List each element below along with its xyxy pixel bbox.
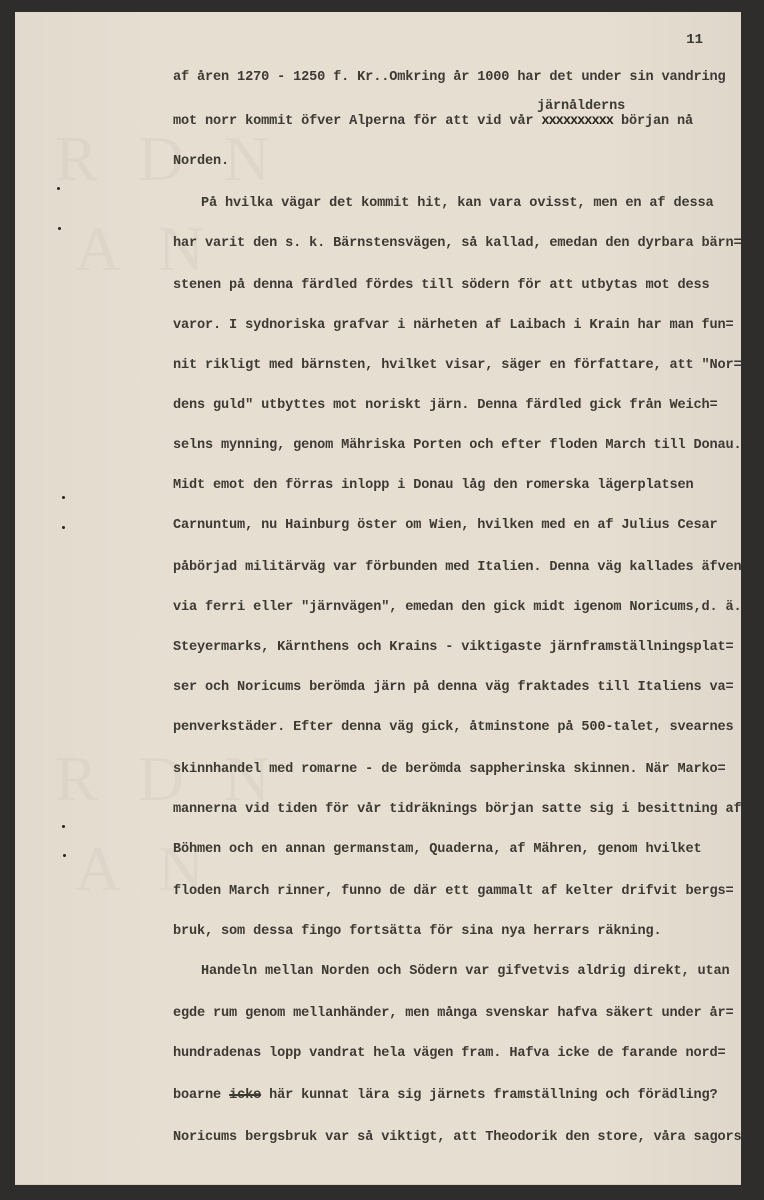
- text-line: af åren 1270 - 1250 f. Kr..Omkring år 10…: [173, 70, 726, 86]
- text-line: Steyermarks, Kärnthens och Krains - vikt…: [173, 640, 734, 656]
- text-line: Carnuntum, nu Hainburg öster om Wien, hv…: [173, 518, 718, 534]
- text-line: nit rikligt med bärnsten, hvilket visar,…: [173, 358, 742, 374]
- paragraph-start-line: På hvilka vägar det kommit hit, kan vara…: [201, 196, 714, 212]
- text-line: stenen på denna färdled fördes till söde…: [173, 278, 710, 294]
- text-line: dens guld" utbyttes mot noriskt järn. De…: [173, 398, 718, 414]
- text-segment: början nå: [613, 114, 693, 129]
- text-line: varor. I sydnoriska grafvar i närheten a…: [173, 318, 734, 334]
- struck-out-word: xxxxxxxxxx: [541, 114, 613, 129]
- text-line: Noricums bergsbruk var så viktigt, att T…: [173, 1130, 742, 1146]
- text-line: Midt emot den förras inlopp i Donau låg …: [173, 478, 694, 494]
- interlinear-correction: järnålderns: [537, 99, 625, 115]
- margin-punch-mark: [62, 496, 65, 499]
- text-segment: mot norr kommit öfver Alperna för att vi…: [173, 114, 541, 129]
- text-line: mot norr kommit öfver Alperna för att vi…: [173, 114, 693, 130]
- text-line: påbörjad militärväg var förbunden med It…: [173, 560, 742, 576]
- margin-punch-mark: [62, 825, 65, 828]
- page-number: 11: [686, 32, 703, 48]
- watermark-letterhead: R D N: [55, 122, 282, 196]
- text-line: bruk, som dessa fingo fortsätta för sina…: [173, 924, 661, 940]
- text-line: egde rum genom mellanhänder, men många s…: [173, 1006, 734, 1022]
- text-line: boarne icke här kunnat lära sig järnets …: [173, 1088, 718, 1104]
- paragraph-start-line: Handeln mellan Norden och Södern var gif…: [201, 964, 730, 980]
- text-line: ser och Noricums berömda järn på denna v…: [173, 680, 734, 696]
- text-line: selns mynning, genom Mähriska Porten och…: [173, 438, 742, 454]
- document-page: R D N A N R D N A N 11 järnålderns af år…: [15, 12, 741, 1184]
- text-line: har varit den s. k. Bärnstensvägen, så k…: [173, 236, 742, 252]
- margin-punch-mark: [63, 854, 66, 857]
- text-segment: här kunnat lära sig järnets framställnin…: [261, 1088, 717, 1103]
- text-segment: boarne: [173, 1088, 229, 1103]
- text-line: Böhmen och en annan germanstam, Quaderna…: [173, 842, 702, 858]
- margin-punch-mark: [62, 526, 65, 529]
- text-line: via ferri eller "järnvägen", emedan den …: [173, 600, 742, 616]
- text-line: hundradenas lopp vandrat hela vägen fram…: [173, 1046, 726, 1062]
- margin-punch-mark: [58, 227, 61, 230]
- struck-out-word: icke: [229, 1088, 261, 1103]
- text-line: floden March rinner, funno de där ett ga…: [173, 884, 734, 900]
- text-line: penverkstäder. Efter denna väg gick, åtm…: [173, 720, 734, 736]
- text-line: mannerna vid tiden för vår tidräknings b…: [173, 802, 742, 818]
- text-line: skinnhandel med romarne - de berömda sap…: [173, 762, 726, 778]
- text-line: Norden.: [173, 154, 229, 170]
- margin-punch-mark: [57, 187, 60, 190]
